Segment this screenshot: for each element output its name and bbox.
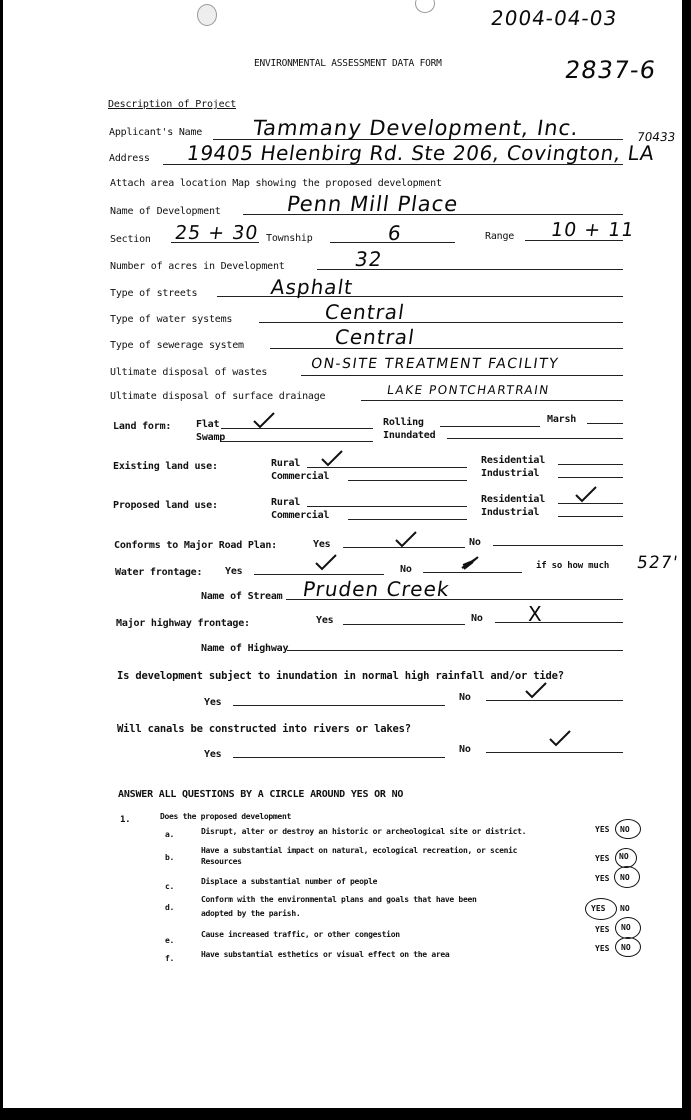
stamp-ref: 2837-6 — [563, 56, 658, 84]
q1c-answer-circle — [614, 866, 640, 888]
land-form-rolling: Rolling — [383, 417, 424, 428]
canals-no: No — [459, 744, 471, 755]
wastes-label: Ultimate disposal of wastes — [110, 367, 267, 378]
road-plan-label: Conforms to Major Road Plan: — [114, 540, 277, 551]
land-form-flat: Flat — [196, 419, 219, 430]
q1c-yes[interactable]: YES — [595, 874, 609, 883]
address-label: Address — [109, 153, 150, 164]
q1b-yes[interactable]: YES — [595, 854, 609, 863]
canals-yes-line[interactable] — [233, 757, 445, 758]
q1f-answer-circle — [615, 937, 641, 957]
proposed-residential: Residential — [481, 494, 545, 505]
q1a-answer-circle — [615, 819, 641, 839]
q1b-text2: Resources — [201, 857, 242, 866]
road-plan-yes-line[interactable] — [343, 547, 465, 548]
land-form-inundated: Inundated — [383, 430, 435, 441]
q1e-text: Cause increased traffic, or other conges… — [201, 930, 400, 939]
q1e-letter: e. — [165, 936, 174, 945]
swamp-line[interactable] — [221, 441, 373, 442]
proposed-industrial-line[interactable] — [558, 516, 623, 517]
canals-yes: Yes — [204, 749, 221, 760]
q1d-answer-circle — [585, 898, 617, 920]
inundated-line[interactable] — [447, 438, 623, 439]
water-line — [259, 322, 623, 323]
road-plan-yes-checkmark — [395, 531, 417, 547]
instructions: ANSWER ALL QUESTIONS BY A CIRCLE AROUND … — [118, 789, 403, 800]
sewer-line — [270, 348, 623, 349]
proposed-residential-checkmark — [575, 486, 597, 502]
inundation-no-checkmark — [525, 682, 547, 698]
drainage-line — [361, 400, 623, 401]
q1-text: Does the proposed development — [160, 812, 291, 821]
stream-label: Name of Stream — [201, 591, 283, 602]
proposed-rural: Rural — [271, 497, 300, 508]
q1b-answer-circle — [615, 848, 637, 868]
flat-line[interactable] — [221, 428, 373, 429]
water-frontage-label: Water frontage: — [115, 567, 202, 578]
wastes-line — [301, 375, 623, 376]
stream-value[interactable]: Pruden Creek — [301, 577, 451, 601]
highway-label: Name of Highway — [201, 643, 288, 654]
inundation-question: Is development subject to inundation in … — [117, 670, 564, 682]
existing-commercial-line[interactable] — [348, 480, 467, 481]
dev-name-label: Name of Development — [110, 206, 221, 217]
applicant-value[interactable]: Tammany Development, Inc. — [251, 116, 580, 140]
q1b-letter: b. — [165, 853, 174, 862]
q1d-letter: d. — [165, 903, 174, 912]
sewer-value[interactable]: Central — [333, 325, 416, 349]
existing-commercial: Commercial — [271, 471, 329, 482]
sewer-label: Type of sewerage system — [110, 340, 244, 351]
water-frontage-no: No — [400, 564, 412, 575]
q1d-text2: adopted by the parish. — [201, 909, 300, 918]
acres-label: Number of acres in Development — [110, 261, 285, 272]
inundation-no: No — [459, 692, 471, 703]
streets-value[interactable]: Asphalt — [269, 275, 355, 299]
existing-use-label: Existing land use: — [113, 461, 218, 472]
existing-rural: Rural — [271, 458, 300, 469]
inundation-yes: Yes — [204, 697, 221, 708]
water-frontage-yes-line[interactable] — [254, 574, 384, 575]
canals-no-line[interactable] — [486, 752, 623, 753]
dev-name-value[interactable]: Penn Mill Place — [285, 192, 460, 216]
flat-checkmark — [253, 412, 275, 428]
inundation-yes-line[interactable] — [233, 705, 445, 706]
rolling-line[interactable] — [440, 426, 540, 427]
water-label: Type of water systems — [110, 314, 232, 325]
punch-hole-left — [197, 4, 217, 26]
canals-question: Will canals be constructed into rivers o… — [117, 723, 411, 735]
q1-number: 1. — [120, 815, 130, 825]
proposed-residential-line[interactable] — [558, 503, 623, 504]
range-value[interactable]: 10 + 11 — [549, 219, 635, 241]
q1a-text: Disrupt, alter or destroy an historic or… — [201, 827, 526, 836]
township-label: Township — [266, 233, 313, 244]
section-value[interactable]: 25 + 30 — [173, 222, 259, 244]
q1d-no[interactable]: NO — [620, 904, 630, 913]
acres-value[interactable]: 32 — [353, 247, 384, 271]
form-title: ENVIRONMENTAL ASSESSMENT DATA FORM — [254, 58, 442, 69]
stamp-top: 2004-04-03 — [489, 6, 619, 30]
section-label: Section — [110, 234, 151, 245]
highway-frontage-yes: Yes — [316, 615, 333, 626]
existing-residential: Residential — [481, 455, 545, 466]
marsh-line[interactable] — [587, 423, 623, 424]
existing-residential-line[interactable] — [558, 464, 623, 465]
highway-frontage-no: No — [471, 613, 483, 624]
how-much-label: if so how much — [536, 561, 609, 571]
q1e-answer-circle — [615, 917, 641, 939]
range-label: Range — [485, 231, 514, 242]
section-title: Description of Project — [108, 99, 236, 110]
proposed-commercial: Commercial — [271, 510, 329, 521]
highway-frontage-yes-line[interactable] — [343, 624, 465, 625]
road-plan-no-line[interactable] — [493, 545, 623, 546]
q1a-letter: a. — [165, 830, 174, 839]
road-plan-yes: Yes — [313, 539, 330, 550]
applicant-label: Applicant's Name — [109, 127, 202, 138]
existing-industrial: Industrial — [481, 468, 539, 479]
land-form-label: Land form: — [113, 421, 171, 432]
water-frontage-no-line[interactable] — [423, 572, 522, 573]
q1c-text: Displace a substantial number of people — [201, 877, 377, 886]
how-much-value[interactable]: 527' — [636, 553, 680, 573]
q1d-text: Conform with the environmental plans and… — [201, 895, 477, 904]
attach-note: Attach area location Map showing the pro… — [110, 178, 442, 189]
q1f-letter: f. — [165, 954, 174, 963]
water-frontage-no-scribble — [461, 556, 479, 570]
proposed-use-label: Proposed land use: — [113, 500, 218, 511]
proposed-commercial-line[interactable] — [348, 519, 467, 520]
address-value[interactable]: 19405 Helenbirg Rd. Ste 206, Covington, … — [185, 141, 656, 165]
drainage-label: Ultimate disposal of surface drainage — [110, 391, 325, 402]
punch-hole-right — [415, 0, 435, 13]
q1f-text: Have substantial esthetics or visual eff… — [201, 950, 449, 959]
land-form-marsh: Marsh — [547, 414, 576, 425]
inundation-no-line[interactable] — [486, 700, 623, 701]
water-frontage-yes-checkmark — [315, 554, 337, 570]
canals-no-checkmark — [549, 730, 571, 746]
road-plan-no: No — [469, 537, 481, 548]
highway-frontage-no-line[interactable] — [495, 622, 623, 623]
streets-label: Type of streets — [110, 288, 197, 299]
q1a-yes[interactable]: YES — [595, 825, 609, 834]
highway-frontage-label: Major highway frontage: — [116, 618, 250, 629]
q1e-yes[interactable]: YES — [595, 925, 609, 934]
water-frontage-yes: Yes — [225, 566, 242, 577]
q1c-letter: c. — [165, 882, 174, 891]
q1b-text: Have a substantial impact on natural, ec… — [201, 846, 517, 855]
drainage-value[interactable]: LAKE PONTCHARTRAIN — [386, 383, 551, 397]
proposed-industrial: Industrial — [481, 507, 539, 518]
highway-frontage-no-mark: X — [528, 602, 543, 626]
proposed-rural-line[interactable] — [307, 506, 467, 507]
existing-industrial-line[interactable] — [558, 477, 623, 478]
existing-rural-checkmark — [321, 450, 343, 466]
form-page: 2004-04-03 ENVIRONMENTAL ASSESSMENT DATA… — [3, 0, 682, 1108]
highway-line[interactable] — [287, 650, 623, 651]
existing-rural-line[interactable] — [307, 467, 467, 468]
water-value[interactable]: Central — [323, 300, 406, 324]
wastes-value[interactable]: ON-SITE TREATMENT FACILITY — [310, 356, 560, 372]
q1f-yes[interactable]: YES — [595, 944, 609, 953]
